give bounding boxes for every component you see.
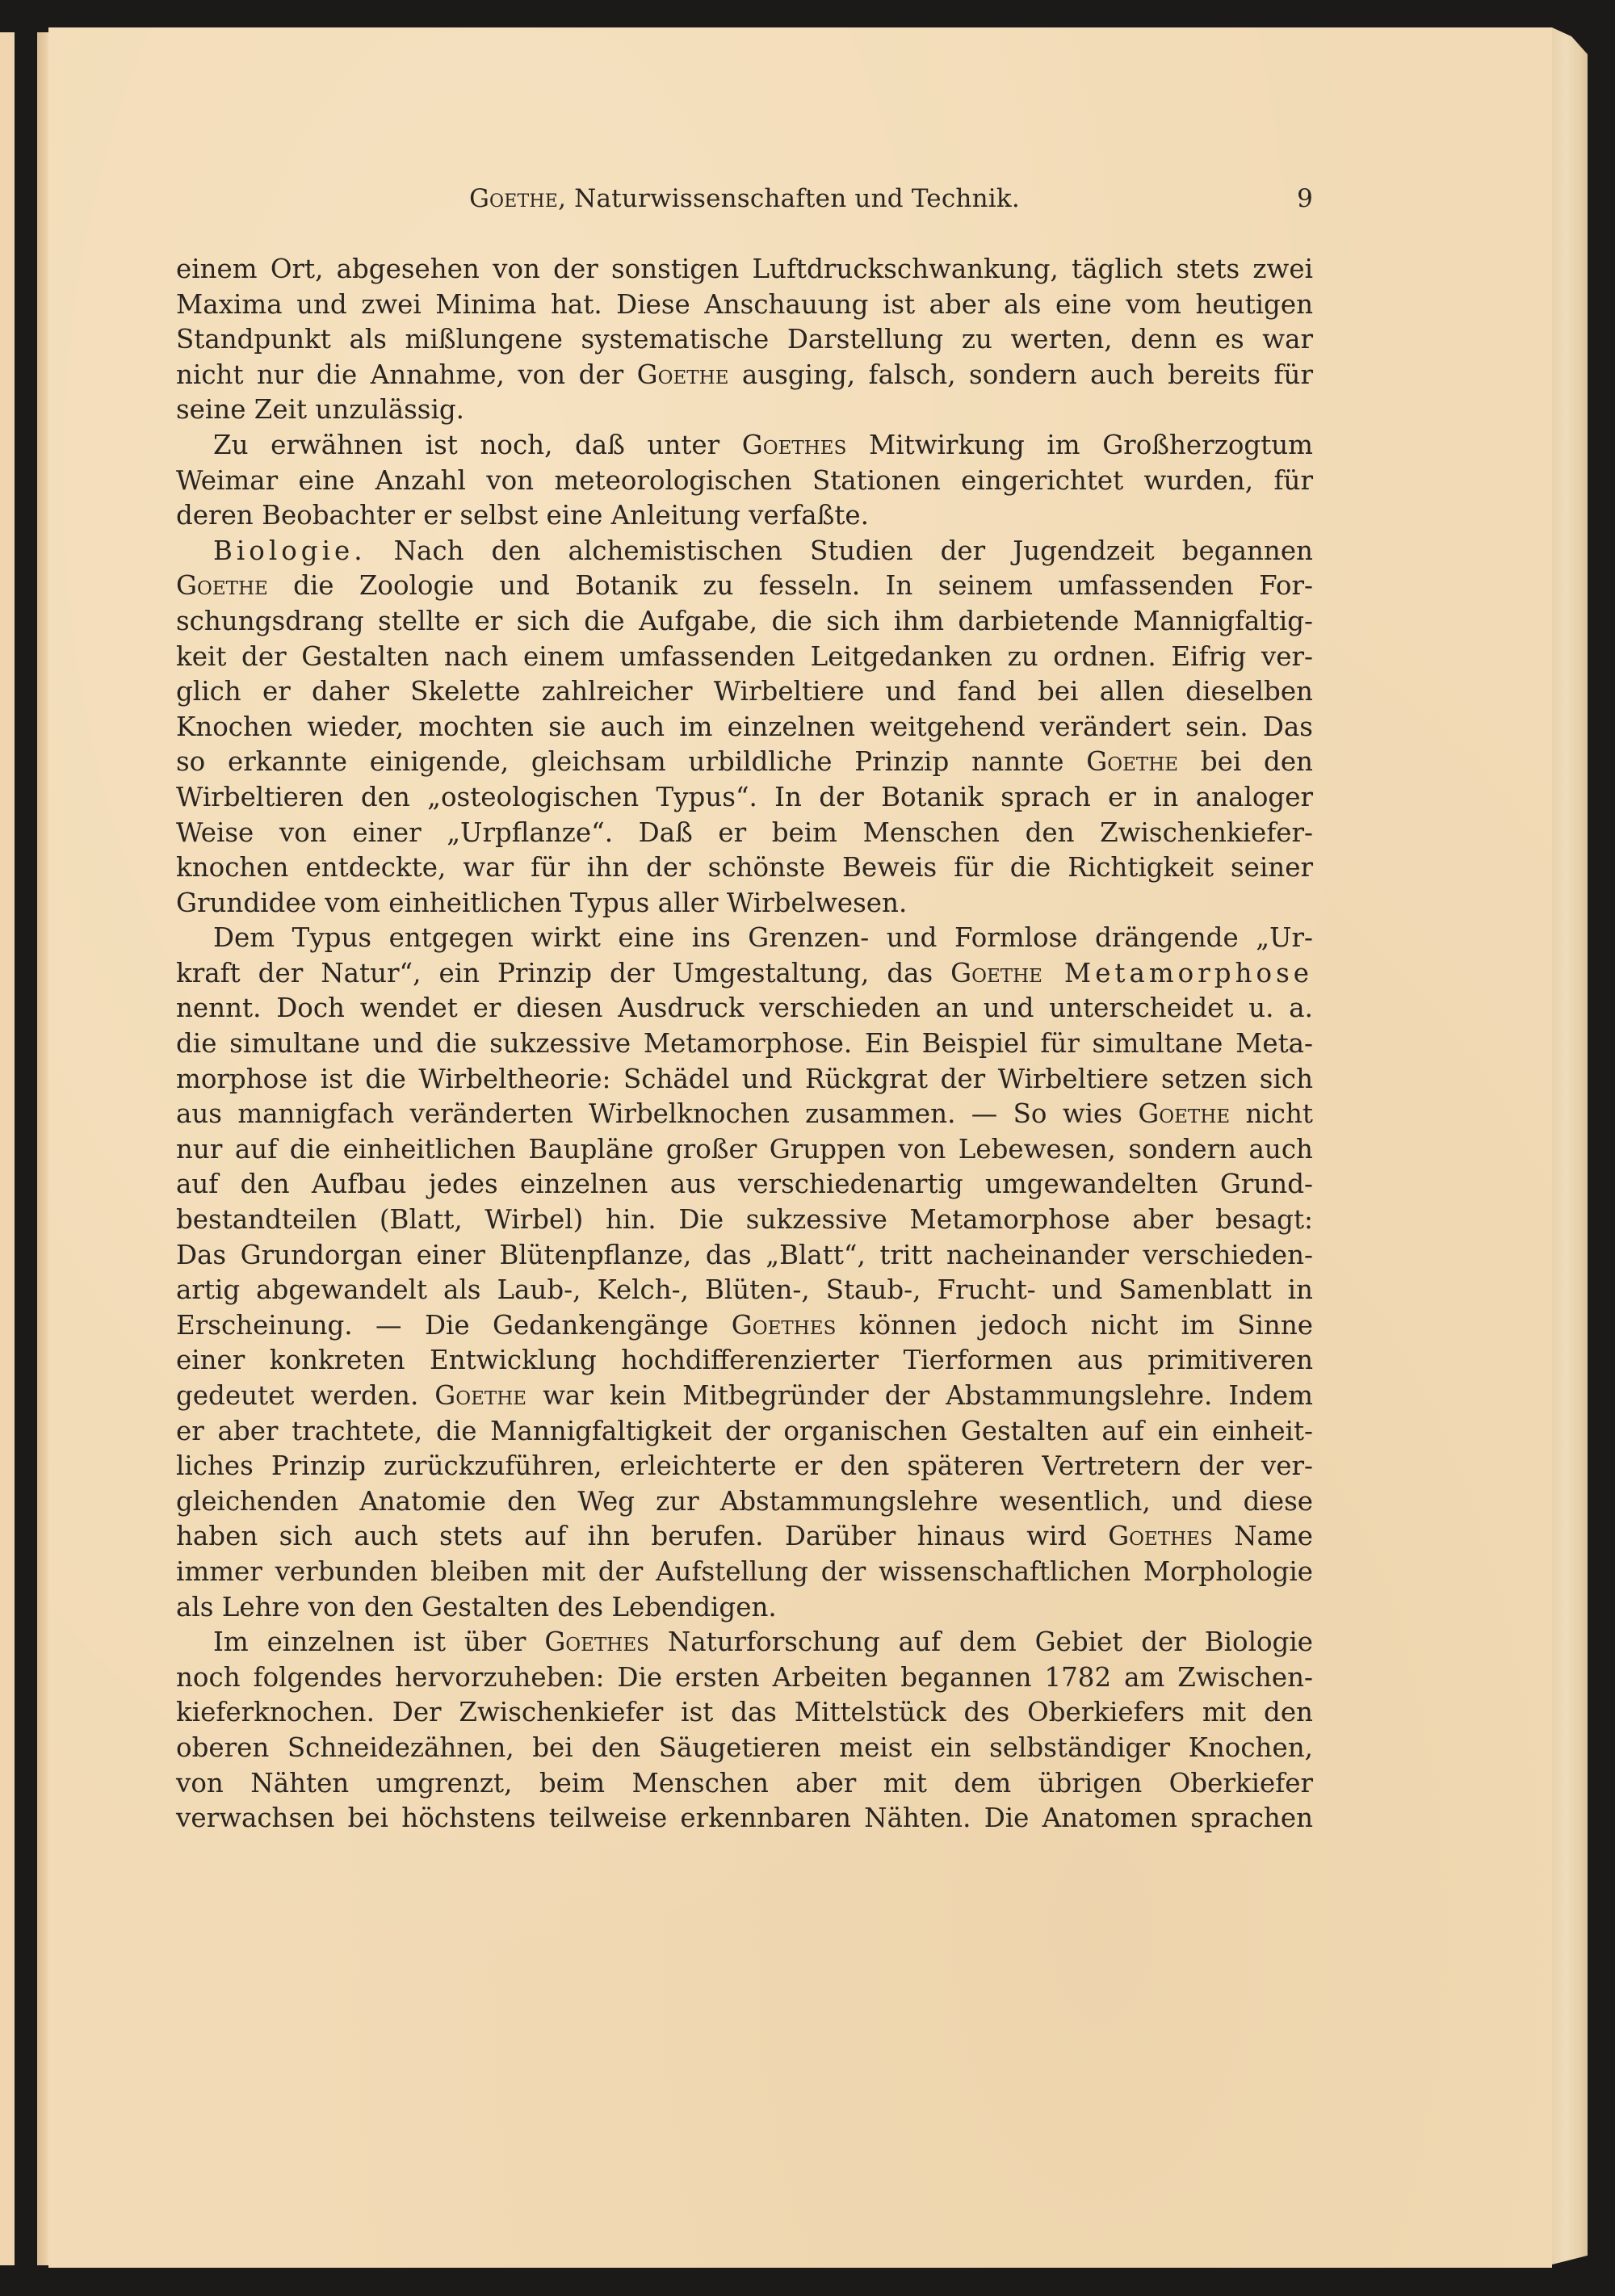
text-line: Weimar eine Anzahl von meteorologischen … [176,464,1313,499]
text-line: noch folgendes hervorzuheben: Die ersten… [176,1660,1313,1696]
text-line: er aber trachtete, die Mannigfaltigkeit … [176,1414,1313,1450]
text-run: einer konkreten Entwicklung hochdifferen… [176,1345,1313,1375]
text-line: einem Ort, abgesehen von der sonstigen L… [176,252,1313,288]
text-run: Das Grundorgan einer Blütenpflanze, das … [176,1240,1313,1270]
text-run: kieferknochen. Der Zwischenkiefer ist da… [176,1697,1313,1727]
text-run: Weise von einer „Urpflanze“. Daß er beim… [176,817,1313,848]
text-line: oberen Schneidezähnen, bei den Säugetier… [176,1731,1313,1766]
text-line: gedeutet werden. Goethe war kein Mitbegr… [176,1379,1313,1414]
text-run: nicht nur die Annahme, von der [176,359,637,390]
text-line: schungsdrang stellte er sich die Aufgabe… [176,604,1313,640]
smallcaps-name: Goethes [1108,1521,1213,1551]
text-run: als Lehre von den Gestalten des Lebendig… [176,1592,777,1622]
text-run: einem Ort, abgesehen von der sonstigen L… [176,254,1313,284]
smallcaps-name: Goethe [1086,746,1178,777]
text-run: Weimar eine Anzahl von meteorologischen … [176,465,1313,496]
text-line: glich er daher Skelette zahlreicher Wirb… [176,674,1313,710]
text-run: nennt. Doch wendet er diesen Ausdruck ve… [176,993,1313,1023]
gutter-shadow [37,32,48,2265]
text-line: von Nähten umgrenzt, beim Menschen aber … [176,1766,1313,1802]
text-line: kraft der Natur“, ein Prinzip der Umgest… [176,956,1313,992]
text-line: morphose ist die Wirbeltheorie: Schädel … [176,1062,1313,1098]
text-run: Zu erwähnen ist noch, daß unter [213,430,742,460]
smallcaps-name: Goethes [732,1310,837,1341]
text-line: Wirbeltieren den „osteologischen Typus“.… [176,780,1313,816]
text-line: Das Grundorgan einer Blütenpflanze, das … [176,1238,1313,1274]
text-line: kieferknochen. Der Zwischenkiefer ist da… [176,1695,1313,1731]
text-run: Nach den alchemistischen Studien der Jug… [367,535,1313,566]
text-run: Naturforschung auf dem Gebiet der Biolog… [649,1627,1313,1657]
text-run: gedeutet werden. [176,1380,434,1411]
text-run: schungsdrang stellte er sich die Aufgabe… [176,606,1313,636]
smallcaps-name: Goethe [950,958,1042,988]
text-line: Goethe die Zoologie und Botanik zu fesse… [176,569,1313,604]
text-line: knochen entdeckte, war für ihn der schön… [176,850,1313,886]
text-run: bei den [1178,746,1313,777]
text-run: Dem Typus entgegen wirkt eine ins Grenze… [213,922,1313,953]
text-run: verwachsen bei höchstens teilweise erken… [176,1803,1313,1833]
text-run: Mitwirkung im Großherzogtum [846,430,1313,460]
text-run: die Zoologie und Botanik zu fesseln. In … [268,570,1313,601]
page-number: 9 [1297,184,1313,213]
body-text: einem Ort, abgesehen von der sonstigen L… [176,252,1313,1836]
text-run: noch folgendes hervorzuheben: Die ersten… [176,1662,1313,1693]
text-line: bestandteilen (Blatt, Wirbel) hin. Die s… [176,1203,1313,1238]
text-run: Wirbeltieren den „osteologischen Typus“.… [176,782,1313,812]
text-run: liches Prinzip zurückzuführen, erleichte… [176,1450,1313,1481]
text-run: die simultane und die sukzessive Metamor… [176,1028,1313,1059]
text-line: seine Zeit unzulässig. [176,392,1313,428]
text-run: oberen Schneidezähnen, bei den Säugetier… [176,1732,1313,1763]
text-line: auf den Aufbau jedes einzelnen aus versc… [176,1167,1313,1203]
text-line: Erscheinung. — Die Gedankengänge Goethes… [176,1308,1313,1344]
running-head: Goethe, Naturwissenschaften und Technik.… [176,184,1313,223]
text-run: kraft der Natur“, ein Prinzip der Umgest… [176,958,950,988]
text-line: liches Prinzip zurückzuführen, erleichte… [176,1449,1313,1484]
text-run: Erscheinung. — Die Gedankengänge [176,1310,732,1341]
text-line: haben sich auch stets auf ihn berufen. D… [176,1519,1313,1555]
text-run: knochen entdeckte, war für ihn der schön… [176,852,1313,883]
text-line: Im einzelnen ist über Goethes Naturforsc… [176,1625,1313,1660]
text-run: Maxima und zwei Minima hat. Diese Anscha… [176,289,1313,320]
text-run: nicht [1230,1098,1313,1129]
text-line: die simultane und die sukzessive Metamor… [176,1026,1313,1062]
text-line: Standpunkt als mißlungene systematische … [176,322,1313,358]
text-run: Name [1213,1521,1313,1551]
text-line: Dem Typus entgegen wirkt eine ins Grenze… [176,921,1313,956]
author-name: Goethe [469,184,558,213]
text-line: keit der Gestalten nach einem umfassende… [176,640,1313,675]
smallcaps-name: Goethe [176,570,268,601]
text-run: Grundidee vom einheitlichen Typus aller … [176,888,907,918]
text-run: morphose ist die Wirbeltheorie: Schädel … [176,1064,1313,1094]
text-run: ausging, falsch, sondern auch bereits fü… [728,359,1313,390]
text-line: Biologie. Nach den alchemistischen Studi… [176,534,1313,569]
text-run: Knochen wieder, mochten sie auch im einz… [176,711,1313,742]
text-run: Im einzelnen ist über [213,1627,544,1657]
running-head-title-rest: , Naturwissenschaften und Technik. [558,184,1020,213]
text-run: deren Beobachter er selbst eine Anleitun… [176,500,869,531]
text-line: immer verbunden bleiben mit der Aufstell… [176,1555,1313,1590]
text-line: Maxima und zwei Minima hat. Diese Anscha… [176,288,1313,323]
spaced-emphasis: Metamorphose [1042,958,1313,988]
text-run: aus mannigfach veränderten Wirbelknochen… [176,1098,1138,1129]
text-line: so erkannte einigende, gleichsam urbildl… [176,745,1313,780]
text-line: verwachsen bei höchstens teilweise erken… [176,1801,1313,1836]
text-run: seine Zeit unzulässig. [176,394,464,425]
text-run: nur auf die einheitlichen Baupläne große… [176,1134,1313,1165]
text-run: so erkannte einigende, gleichsam urbildl… [176,746,1086,777]
text-run: er aber trachtete, die Mannigfaltigkeit … [176,1416,1313,1446]
page-fore-edge [1552,27,1588,2265]
facing-page-edge [0,32,15,2265]
text-run: auf den Aufbau jedes einzelnen aus versc… [176,1169,1313,1199]
text-line: nur auf die einheitlichen Baupläne große… [176,1132,1313,1168]
text-line: deren Beobachter er selbst eine Anleitun… [176,498,1313,534]
text-line: gleichenden Anatomie den Weg zur Abstamm… [176,1484,1313,1520]
text-run: gleichenden Anatomie den Weg zur Abstamm… [176,1486,1313,1517]
smallcaps-name: Goethe [434,1380,526,1411]
smallcaps-name: Goethes [742,430,847,460]
text-line: Grundidee vom einheitlichen Typus aller … [176,886,1313,921]
text-run: keit der Gestalten nach einem umfassende… [176,641,1313,672]
text-line: nennt. Doch wendet er diesen Ausdruck ve… [176,991,1313,1026]
text-line: aus mannigfach veränderten Wirbelknochen… [176,1097,1313,1132]
smallcaps-name: Goethe [1138,1098,1230,1129]
text-line: artig abgewandelt als Laub-, Kelch-, Blü… [176,1273,1313,1308]
text-run: von Nähten umgrenzt, beim Menschen aber … [176,1768,1313,1799]
text-run: glich er daher Skelette zahlreicher Wirb… [176,676,1313,707]
text-line: Zu erwähnen ist noch, daß unter Goethes … [176,428,1313,464]
text-run: bestandteilen (Blatt, Wirbel) hin. Die s… [176,1204,1313,1235]
text-run: haben sich auch stets auf ihn berufen. D… [176,1521,1108,1551]
text-run: artig abgewandelt als Laub-, Kelch-, Blü… [176,1274,1313,1305]
text-line: Knochen wieder, mochten sie auch im einz… [176,710,1313,745]
text-run: war kein Mitbegründer der Abstammungsleh… [526,1380,1313,1411]
text-run: Standpunkt als mißlungene systematische … [176,324,1313,355]
text-line: Weise von einer „Urpflanze“. Daß er beim… [176,816,1313,851]
text-run: immer verbunden bleiben mit der Aufstell… [176,1556,1313,1587]
text-line: nicht nur die Annahme, von der Goethe au… [176,358,1313,393]
text-run: können jedoch nicht im Sinne [836,1310,1313,1341]
text-line: einer konkreten Entwicklung hochdifferen… [176,1343,1313,1379]
smallcaps-name: Goethes [544,1627,649,1657]
text-line: als Lehre von den Gestalten des Lebendig… [176,1590,1313,1626]
running-head-title: Goethe, Naturwissenschaften und Technik. [176,184,1313,213]
spaced-emphasis: Biologie. [213,535,367,566]
smallcaps-name: Goethe [637,359,729,390]
